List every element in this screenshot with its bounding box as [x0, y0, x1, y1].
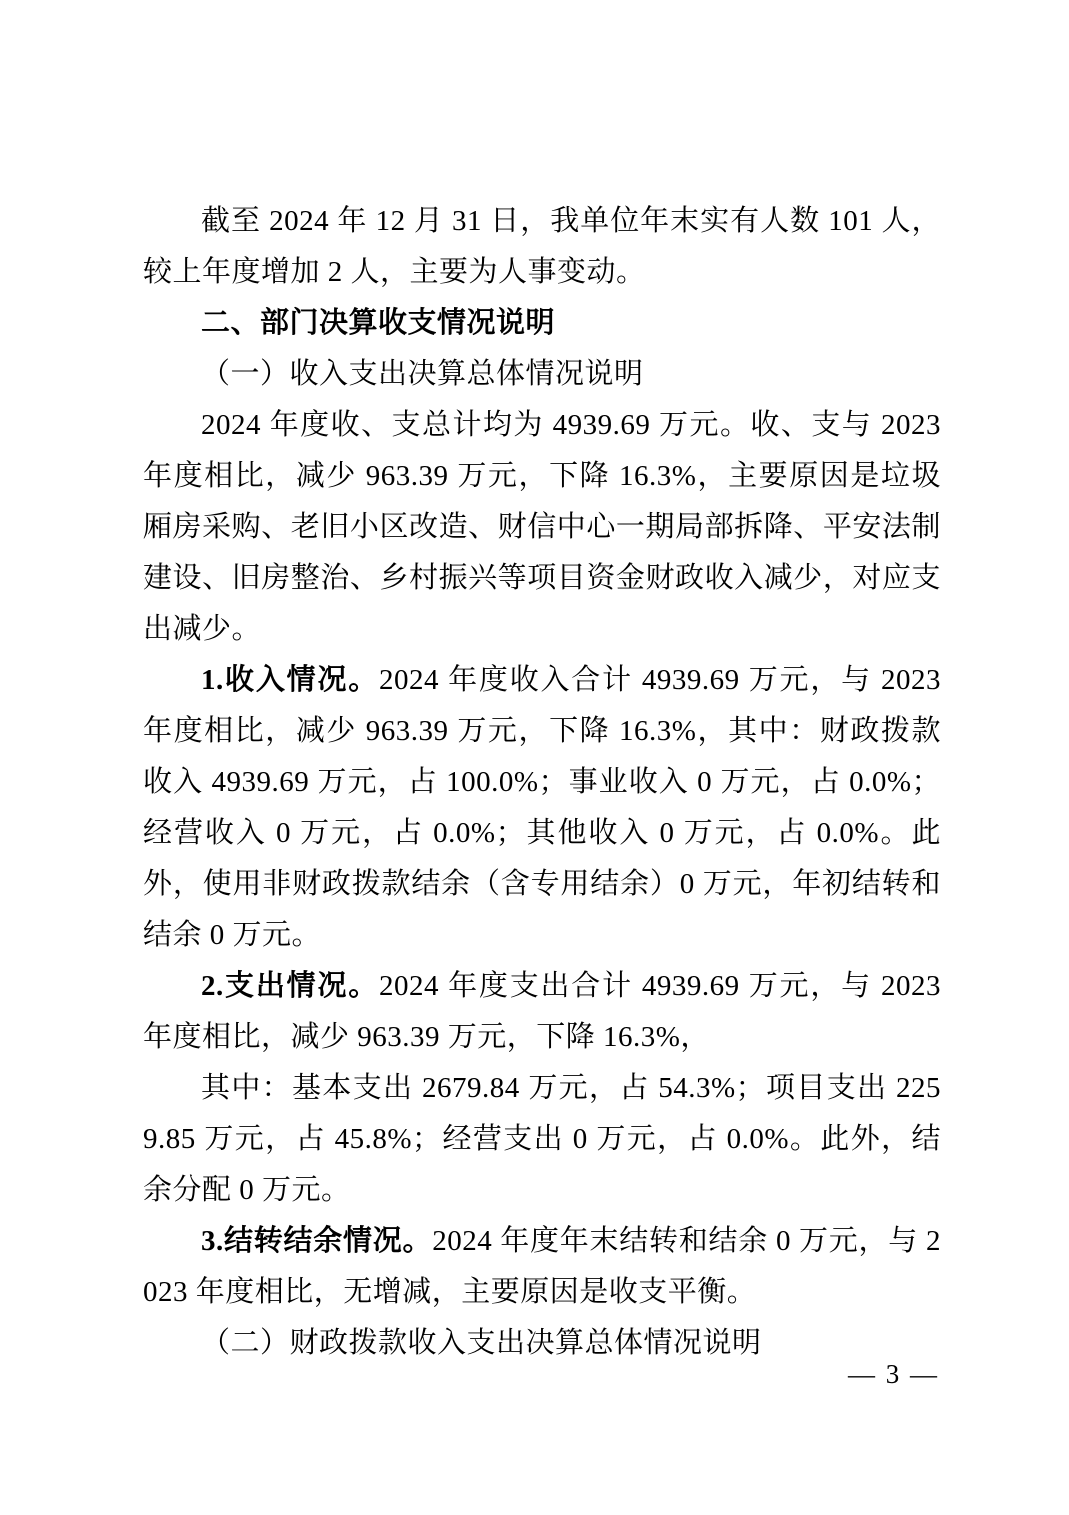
page-number: — 3 — — [848, 1358, 939, 1390]
paragraph-lead: 1.收入情况。 — [201, 664, 379, 696]
paragraph: 2.支出情况。2024 年度支出合计 4939.69 万元，与 2023 年度相… — [143, 961, 941, 1063]
document-page: 截至 2024 年 12 月 31 日，我单位年末实有人数 101 人，较上年度… — [0, 0, 1069, 1515]
document-body: 截至 2024 年 12 月 31 日，我单位年末实有人数 101 人，较上年度… — [143, 196, 941, 1369]
paragraph: 3.结转结余情况。2024 年度年末结转和结余 0 万元，与 2023 年度相比… — [143, 1216, 941, 1318]
paragraph-lead: 2.支出情况。 — [201, 970, 379, 1002]
paragraph-text: 其中：基本支出 2679.84 万元，占 54.3%；项目支出 2259.85 … — [143, 1072, 941, 1206]
paragraph: 其中：基本支出 2679.84 万元，占 54.3%；项目支出 2259.85 … — [143, 1063, 941, 1216]
subsection-heading-text: （一）收入支出决算总体情况说明 — [201, 358, 644, 390]
section-heading: 二、部门决算收支情况说明 — [143, 298, 941, 349]
paragraph-text: 2024 年度收、支总计均为 4939.69 万元。收、支与 2023 年度相比… — [143, 409, 941, 645]
paragraph-text: 截至 2024 年 12 月 31 日，我单位年末实有人数 101 人，较上年度… — [143, 205, 941, 288]
subsection-heading-text: （二）财政拨款收入支出决算总体情况说明 — [201, 1327, 762, 1359]
subsection-heading: （一）收入支出决算总体情况说明 — [143, 349, 941, 400]
section-heading-text: 二、部门决算收支情况说明 — [201, 307, 555, 339]
paragraph: 2024 年度收、支总计均为 4939.69 万元。收、支与 2023 年度相比… — [143, 400, 941, 655]
paragraph-lead: 3.结转结余情况。 — [201, 1225, 432, 1257]
subsection-heading: （二）财政拨款收入支出决算总体情况说明 — [143, 1318, 941, 1369]
paragraph: 1.收入情况。2024 年度收入合计 4939.69 万元，与 2023 年度相… — [143, 655, 941, 961]
paragraph: 截至 2024 年 12 月 31 日，我单位年末实有人数 101 人，较上年度… — [143, 196, 941, 298]
paragraph-text: 2024 年度收入合计 4939.69 万元，与 2023 年度相比，减少 96… — [143, 664, 941, 951]
